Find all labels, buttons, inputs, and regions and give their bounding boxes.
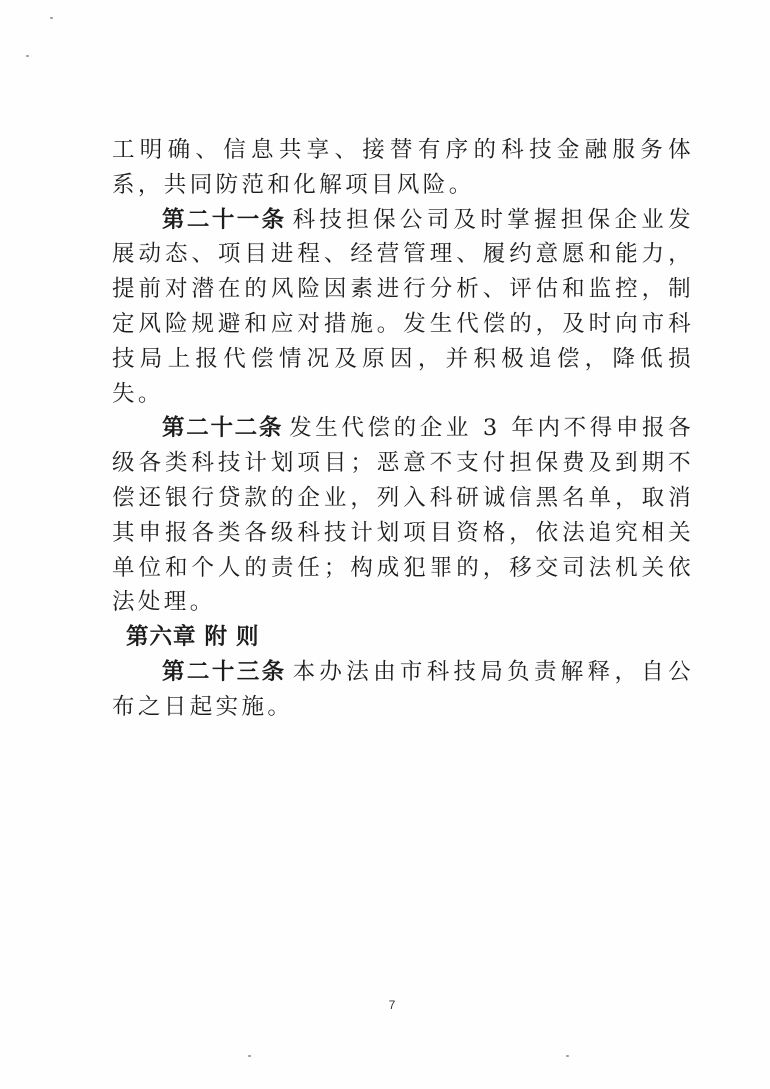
article-text: 发生代偿的企业 3 年内不得申报各级各类科技计划项目；恶意不支付担保费及到期不偿… [112,415,694,615]
scan-speck [50,17,53,19]
chapter-title-part2: 则 [236,624,260,650]
chapter-label: 第六章 [126,624,197,650]
paragraph-continuation: 工明确、信息共享、接替有序的科技金融服务体系，共同防范和化解项目风险。 [112,133,694,203]
article-number: 第二十一条 [162,207,287,233]
document-page: 工明确、信息共享、接替有序的科技金融服务体系，共同防范和化解项目风险。 第二十一… [0,0,770,1089]
article-number: 第二十二条 [162,415,283,441]
article-text: 科技担保公司及时掌握担保企业发展动态、项目进程、经营管理、履约意愿和能力，提前对… [112,207,694,407]
paragraph-text: 工明确、信息共享、接替有序的科技金融服务体系，共同防范和化解项目风险。 [112,137,694,198]
article-22: 第二十二条发生代偿的企业 3 年内不得申报各级各类科技计划项目；恶意不支付担保费… [112,411,694,620]
scan-speck [26,55,29,57]
chapter-title-part1: 附 [205,624,229,650]
article-number: 第二十三条 [162,659,287,685]
document-body: 工明确、信息共享、接替有序的科技金融服务体系，共同防范和化解项目风险。 第二十一… [112,133,694,725]
scan-speck [248,1055,251,1057]
scan-speck [566,1055,569,1057]
article-23: 第二十三条本办法由市科技局负责解释，自公布之日起实施。 [112,655,694,725]
article-21: 第二十一条科技担保公司及时掌握担保企业发展动态、项目进程、经营管理、履约意愿和能… [112,203,694,412]
chapter-heading: 第六章附则 [112,620,694,655]
page-number: 7 [0,998,770,1012]
